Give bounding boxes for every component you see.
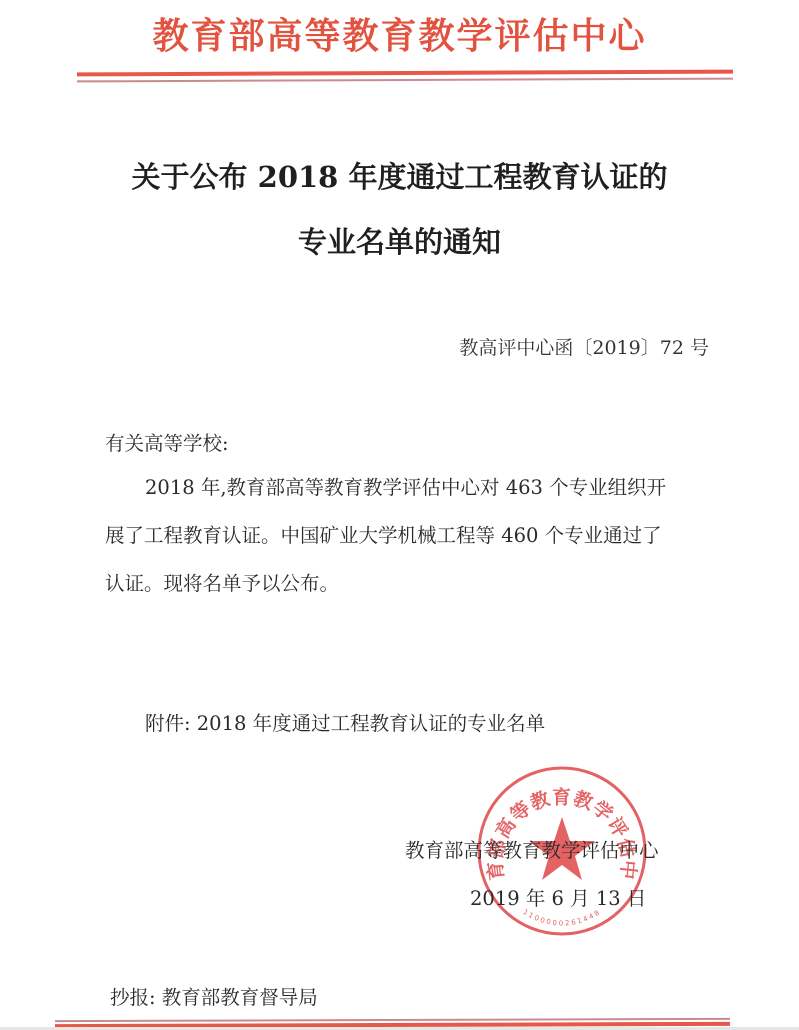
attachment-note: 附件: 2018 年度通过工程教育认证的专业名单	[145, 700, 545, 748]
body-line-3: 认证。现将名单予以公布。	[105, 560, 705, 608]
salutation: 有关高等学校:	[105, 420, 229, 468]
body-line-2: 展了工程教育认证。中国矿业大学机械工程等 460 个专业通过了	[105, 512, 705, 560]
body-line-1: 2018 年,教育部高等教育教学评估中心对 463 个专业组织开	[105, 464, 705, 512]
document-title-line-2: 专业名单的通知	[0, 220, 799, 261]
cc-recipients: 抄报: 教育部教育督导局	[110, 982, 318, 1010]
body-paragraph: 2018 年,教育部高等教育教学评估中心对 463 个专业组织开 展了工程教育认…	[105, 464, 705, 608]
letterhead-org-name: 教育部高等教育教学评估中心	[0, 8, 799, 59]
document-number: 教高评中心函〔2019〕72 号	[459, 333, 709, 360]
footer-rule-thin	[55, 1018, 730, 1022]
signing-date: 2019 年 6 月 13 日	[470, 883, 646, 911]
document-title-line-1: 关于公布 2018 年度通过工程教育认证的	[0, 155, 799, 196]
letterhead-rule-thick	[77, 70, 733, 77]
letterhead-rule-thin	[77, 78, 733, 82]
signing-organization: 教育部高等教育教学评估中心	[405, 835, 659, 863]
